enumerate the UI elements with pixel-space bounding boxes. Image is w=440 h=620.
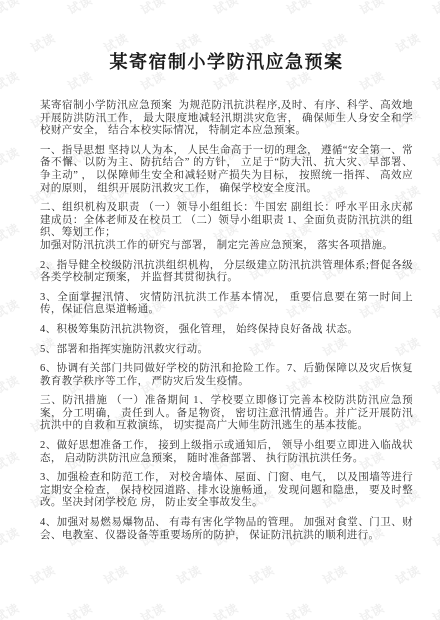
paragraph: 3、全面掌握汛情、 灾情防汛抗洪工作基本情况， 重要信息要在第一时间上传，保证信… — [40, 292, 413, 317]
paragraph: 某寄宿制小学防汛应急预案 为规范防汛抗洪程序,及时、有序、科学、高效地开展防洪防… — [40, 100, 413, 138]
paragraph: 5、部署和指挥实施防汛救灾行动。 — [40, 344, 413, 357]
watermark-text: 试读 — [284, 599, 315, 620]
paragraph: 2、做好思想准备工作， 接到上级指示或通知后， 领导小组要立即进入临战状态， 启… — [40, 440, 413, 465]
document-content: 某寄宿制小学防汛应急预案 某寄宿制小学防汛应急预案 为规范防汛抗洪程序,及时、有… — [0, 0, 440, 542]
watermark-text: 试读 — [211, 599, 242, 620]
watermark-text: 试读 — [357, 599, 388, 620]
watermark-text: 试读 — [393, 561, 424, 588]
watermark-text: 试读 — [138, 599, 169, 620]
document-title: 某寄宿制小学防汛应急预案 — [40, 48, 413, 74]
paragraph: 三、防汛措施 （一）准备期间 1、学校要立即修订完善本校防洪防汛应急预案，分工明… — [40, 395, 413, 433]
watermark-text: 试读 — [430, 599, 440, 620]
paragraph: 4、加强对易燃易爆物品、 有毒有害化学物品的管理。 加强对食堂、门卫、财会、电教… — [40, 517, 413, 542]
watermark-text: 试读 — [0, 599, 22, 620]
paragraph: 2、指导健全校级防汛抗洪组织机构， 分层级建立防汛抗洪管理体系;督促各级各类学校… — [40, 260, 413, 285]
watermark-text: 试读 — [65, 599, 96, 620]
watermark-text: 试读 — [320, 561, 351, 588]
watermark-text: 试读 — [101, 561, 132, 588]
paragraph: 二、组织机构及职责 （一）领导小组组长：牛国宏 副组长：呼水平田永庆郝建成员：全… — [40, 202, 413, 252]
paragraph: 4、积极筹集防汛抗洪物资， 强化管理， 始终保持良好备战 状态。 — [40, 324, 413, 337]
document-body: 某寄宿制小学防汛应急预案 为规范防汛抗洪程序,及时、有序、科学、高效地开展防洪防… — [40, 100, 413, 542]
watermark-text: 试读 — [28, 561, 59, 588]
watermark-text: 试读 — [247, 561, 278, 588]
paragraph: 6、协调有关部门共同做好学校的防汛和抢险工作。7、后勤保障以及灾后恢复教育教学秩… — [40, 363, 413, 388]
paragraph: 3、加强检查和防范工作， 对校舍墙体、屋面、门窗、电气， 以及围墙等进行定期安全… — [40, 472, 413, 510]
watermark-text: 试读 — [174, 561, 205, 588]
paragraph: 一、指导思想 坚持以人为本， 人民生命高于一切的理念， 遵循“安全第一、常备不懈… — [40, 145, 413, 195]
document-page: 试读试读试读试读试读试读试读试读试读试读试读试读试读试读试读试读试读试读试读试读… — [0, 0, 440, 620]
